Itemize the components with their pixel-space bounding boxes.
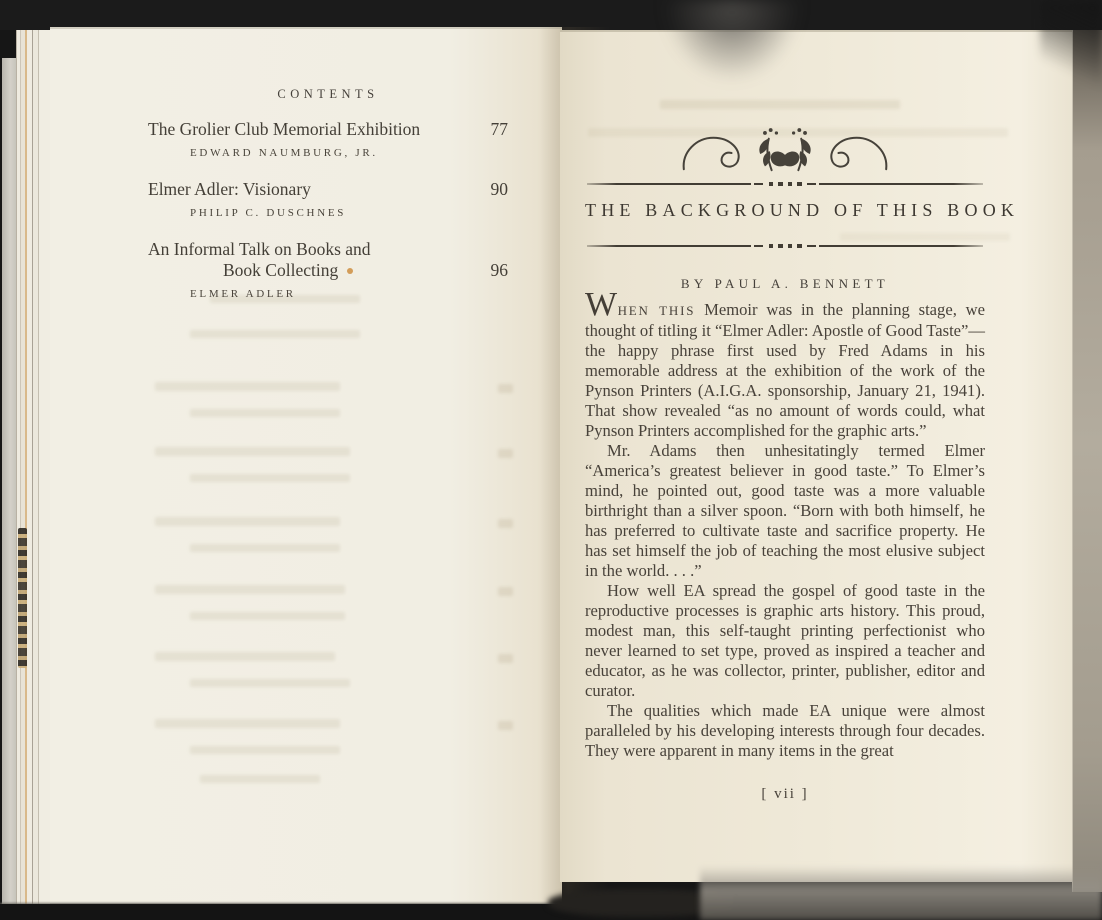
contents-entry: An Informal Talk on Books and Book Colle…	[148, 239, 508, 300]
page-number-folio: [ vii ]	[585, 786, 985, 803]
photo-black-background-top	[0, 0, 1102, 30]
show-through-number	[498, 384, 513, 393]
paragraph-1-text: Memoir was in the planning stage, we tho…	[585, 300, 985, 440]
foxing-spot	[347, 268, 353, 274]
entry-page-number: 77	[491, 119, 509, 140]
entry-page-number: 90	[491, 179, 509, 200]
drop-cap: W	[585, 286, 618, 323]
show-through-text	[155, 585, 345, 594]
body-text: WHEN THIS Memoir was in the planning sta…	[585, 300, 985, 761]
paragraph-1: WHEN THIS Memoir was in the planning sta…	[585, 300, 985, 441]
show-through-number	[498, 654, 513, 663]
bottom-right-blur	[700, 866, 1102, 920]
stacked-page-edges	[16, 30, 50, 904]
underlying-page-edge	[2, 58, 16, 904]
show-through-text	[190, 612, 345, 620]
entry-author: PHILIP C. DUSCHNES	[190, 207, 508, 219]
show-through-text	[190, 409, 340, 417]
chapter-title: THE BACKGROUND OF THIS BOOK	[585, 200, 985, 221]
show-through-number	[498, 519, 513, 528]
show-through-text	[155, 447, 350, 456]
lead-small-caps: HEN THIS	[618, 303, 696, 318]
show-through-text	[190, 474, 350, 482]
entry-title: An Informal Talk on Books and	[148, 239, 371, 260]
author-byline: BY PAUL A. BENNETT	[585, 276, 985, 292]
divider-rule-top	[587, 181, 983, 187]
paragraph-2: Mr. Adams then unhesitatingly termed Elm…	[585, 441, 985, 581]
show-through-text	[660, 100, 900, 109]
contents-entry: Elmer Adler: Visionary 90 PHILIP C. DUSC…	[148, 179, 508, 219]
show-through-number	[498, 449, 513, 458]
show-through-text	[155, 719, 340, 728]
show-through-text	[155, 652, 335, 661]
entry-author: EDWARD NAUMBURG, JR.	[190, 147, 508, 159]
right-page: THE BACKGROUND OF THIS BOOK BY PAUL A. B…	[560, 30, 1072, 882]
book-fore-edge	[1072, 30, 1102, 892]
entry-title: The Grolier Club Memorial Exhibition	[148, 119, 420, 140]
divider-rule-bottom	[587, 243, 983, 249]
entry-title-line2: Book Collecting	[223, 260, 338, 281]
show-through-text	[155, 382, 340, 391]
paragraph-3: How well EA spread the gospel of good ta…	[585, 581, 985, 701]
entry-author: ELMER ADLER	[190, 288, 508, 300]
show-through-number	[498, 721, 513, 730]
paragraph-4: The qualities which made EA unique were …	[585, 701, 985, 761]
show-through-number	[498, 587, 513, 596]
contents-heading: CONTENTS	[148, 87, 508, 102]
floral-ornament-icon	[680, 126, 890, 180]
show-through-text	[190, 679, 350, 687]
entry-title: Elmer Adler: Visionary	[148, 179, 311, 200]
show-through-text	[200, 775, 320, 783]
show-through-text	[155, 517, 340, 526]
show-through-text	[190, 746, 340, 754]
show-through-text	[190, 330, 360, 338]
out-of-focus-spine-blur	[662, 0, 802, 82]
contents-entry: The Grolier Club Memorial Exhibition 77 …	[148, 119, 508, 159]
entry-page-number: 96	[491, 260, 509, 281]
jacket-spine-sliver	[18, 528, 27, 668]
show-through-text	[190, 544, 340, 552]
contents-block: CONTENTS The Grolier Club Memorial Exhib…	[148, 87, 508, 320]
show-through-text	[840, 233, 1010, 241]
left-page: CONTENTS The Grolier Club Memorial Exhib…	[50, 27, 562, 905]
corner-shadow	[1040, 0, 1102, 95]
